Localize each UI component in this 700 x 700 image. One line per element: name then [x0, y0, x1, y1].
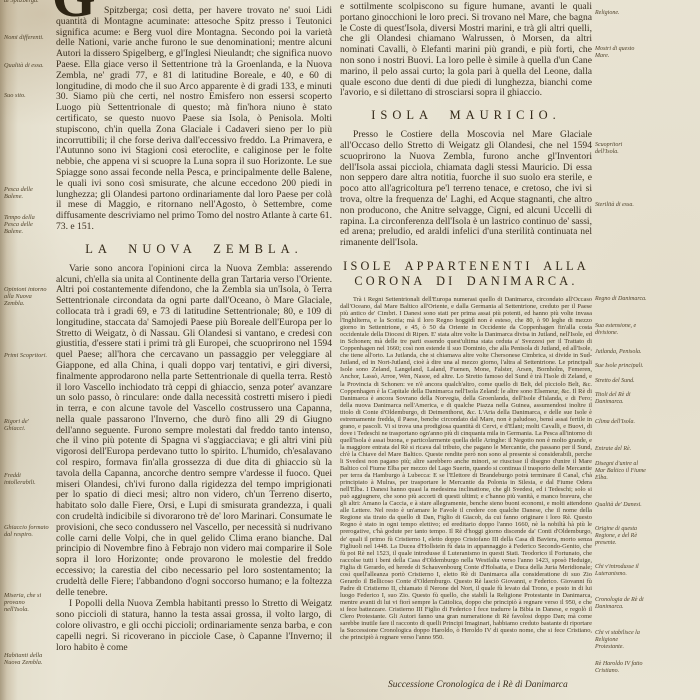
- margin-note-sund: Stretto del Sund.: [595, 378, 647, 385]
- margin-note-luteranismo: Chi v'introdusse il Luteranismo.: [595, 564, 647, 578]
- margin-note-qualita: Qualità di essa.: [4, 62, 51, 69]
- drop-cap-spacer: [56, 6, 104, 16]
- margin-note-habitanti: Habitanti della Nuova Zembla.: [4, 652, 51, 666]
- margin-note-religione: Religione.: [595, 10, 647, 17]
- paragraph-danimarca: Trà i Regni Settentrionali dell'Europa n…: [340, 296, 592, 641]
- paragraph-spitzberga: Spitzberga; così detta, per havere trova…: [56, 6, 332, 233]
- margin-note-suo-sito: Suo sito.: [4, 92, 51, 99]
- heading-danimarca-line1: ISOLE APPARTENENTI ALLA: [340, 259, 592, 274]
- margin-note-scuopritori: Scuopritori dell'Isola.: [595, 142, 647, 156]
- margin-note-mostri: Mostri di questo Mare.: [595, 46, 647, 60]
- heading-danimarca-line2: CORONA DI DANIMARCA.: [340, 274, 592, 289]
- margin-note-titoli: Titoli del Rè di Danimarca.: [595, 392, 647, 406]
- paragraph-popolli: I Popolli della Nuova Zembla habitanti p…: [56, 599, 332, 653]
- margin-note-freddi: Freddi intollerabili.: [4, 472, 51, 486]
- margin-note-opinioni: Opinioni intorno alla Nuova Zembla.: [4, 286, 51, 307]
- section-heading-nuova-zembla: LA NUOVA ZEMBLA.: [56, 242, 332, 257]
- paragraph-nuova-zembla: Varie sono ancora l'opinioni circa la Nu…: [56, 264, 332, 599]
- margin-note-jutlanda: Jutlanda, Penisola.: [595, 349, 647, 356]
- paragraph-mauricio: Presso le Costiere della Moscovia nel Ma…: [340, 130, 592, 249]
- left-text-column: Spitzberga; così detta, per havere trova…: [56, 6, 332, 653]
- margin-note-protestante: Chi vi stabilisce la Religione Protestan…: [595, 630, 647, 651]
- margin-note-rigori: Rigori de' Ghiacci.: [4, 418, 51, 432]
- right-text-column: e sottilmente scolpiscono su figure huma…: [340, 2, 592, 641]
- margin-note-nomi: Nomi differenti.: [4, 34, 51, 41]
- margin-note-entrate: Entrate del Rè.: [595, 446, 647, 453]
- margin-note-isole: Sue Isole principali.: [595, 363, 647, 370]
- chronology-caption: Successione Cronologica de i Rè di Danim…: [388, 680, 568, 690]
- margin-note-spitzberga: al Spitzberga.: [4, 0, 51, 4]
- margin-note-clima: Clima dell'Isola.: [595, 419, 647, 426]
- margin-note-haroldo: Rè Haroldo IV fatto Cristiano.: [595, 661, 647, 675]
- margin-note-scopritori: Primi Scopritori.: [4, 352, 51, 359]
- margin-note-miseria: Miseria, che si provano nell'Isola.: [4, 592, 51, 613]
- section-heading-danimarca: ISOLE APPARTENENTI ALLA CORONA DI DANIMA…: [340, 259, 592, 289]
- paragraph-spitzberga-text: Spitzberga; così detta, per havere trova…: [56, 5, 332, 232]
- margin-note-qualita-danesi: Qualità de' Danesi.: [595, 502, 647, 509]
- section-heading-isola-mauricio: ISOLA MAURICIO.: [340, 108, 592, 123]
- paragraph-religione: e sottilmente scolpiscono su figure huma…: [340, 2, 592, 99]
- margin-note-ghiaccio: Ghiaccio formato dal respiro.: [4, 524, 51, 538]
- margin-note-pesca: Pesca delle Balene.: [4, 186, 51, 200]
- margin-note-estensione: Sua estensione, e divisione.: [595, 323, 647, 337]
- margin-note-regno: Regno di Danimarca.: [595, 296, 647, 303]
- margin-note-cronologia: Cronologia de Rè di Danimarca.: [595, 597, 647, 611]
- margin-note-tempo-pesca: Tempo della Pesca delle Balene.: [4, 214, 51, 235]
- margin-note-sterilita: Sterilità di essa.: [595, 202, 647, 209]
- margin-note-origine: Origine di questa Regione, e del Rè pres…: [595, 526, 647, 547]
- margin-note-disegni: Disegni d'unire al Mar Baltico il Fiume …: [595, 461, 647, 482]
- book-page: G Spitzberga; così detta, per havere tro…: [0, 0, 700, 700]
